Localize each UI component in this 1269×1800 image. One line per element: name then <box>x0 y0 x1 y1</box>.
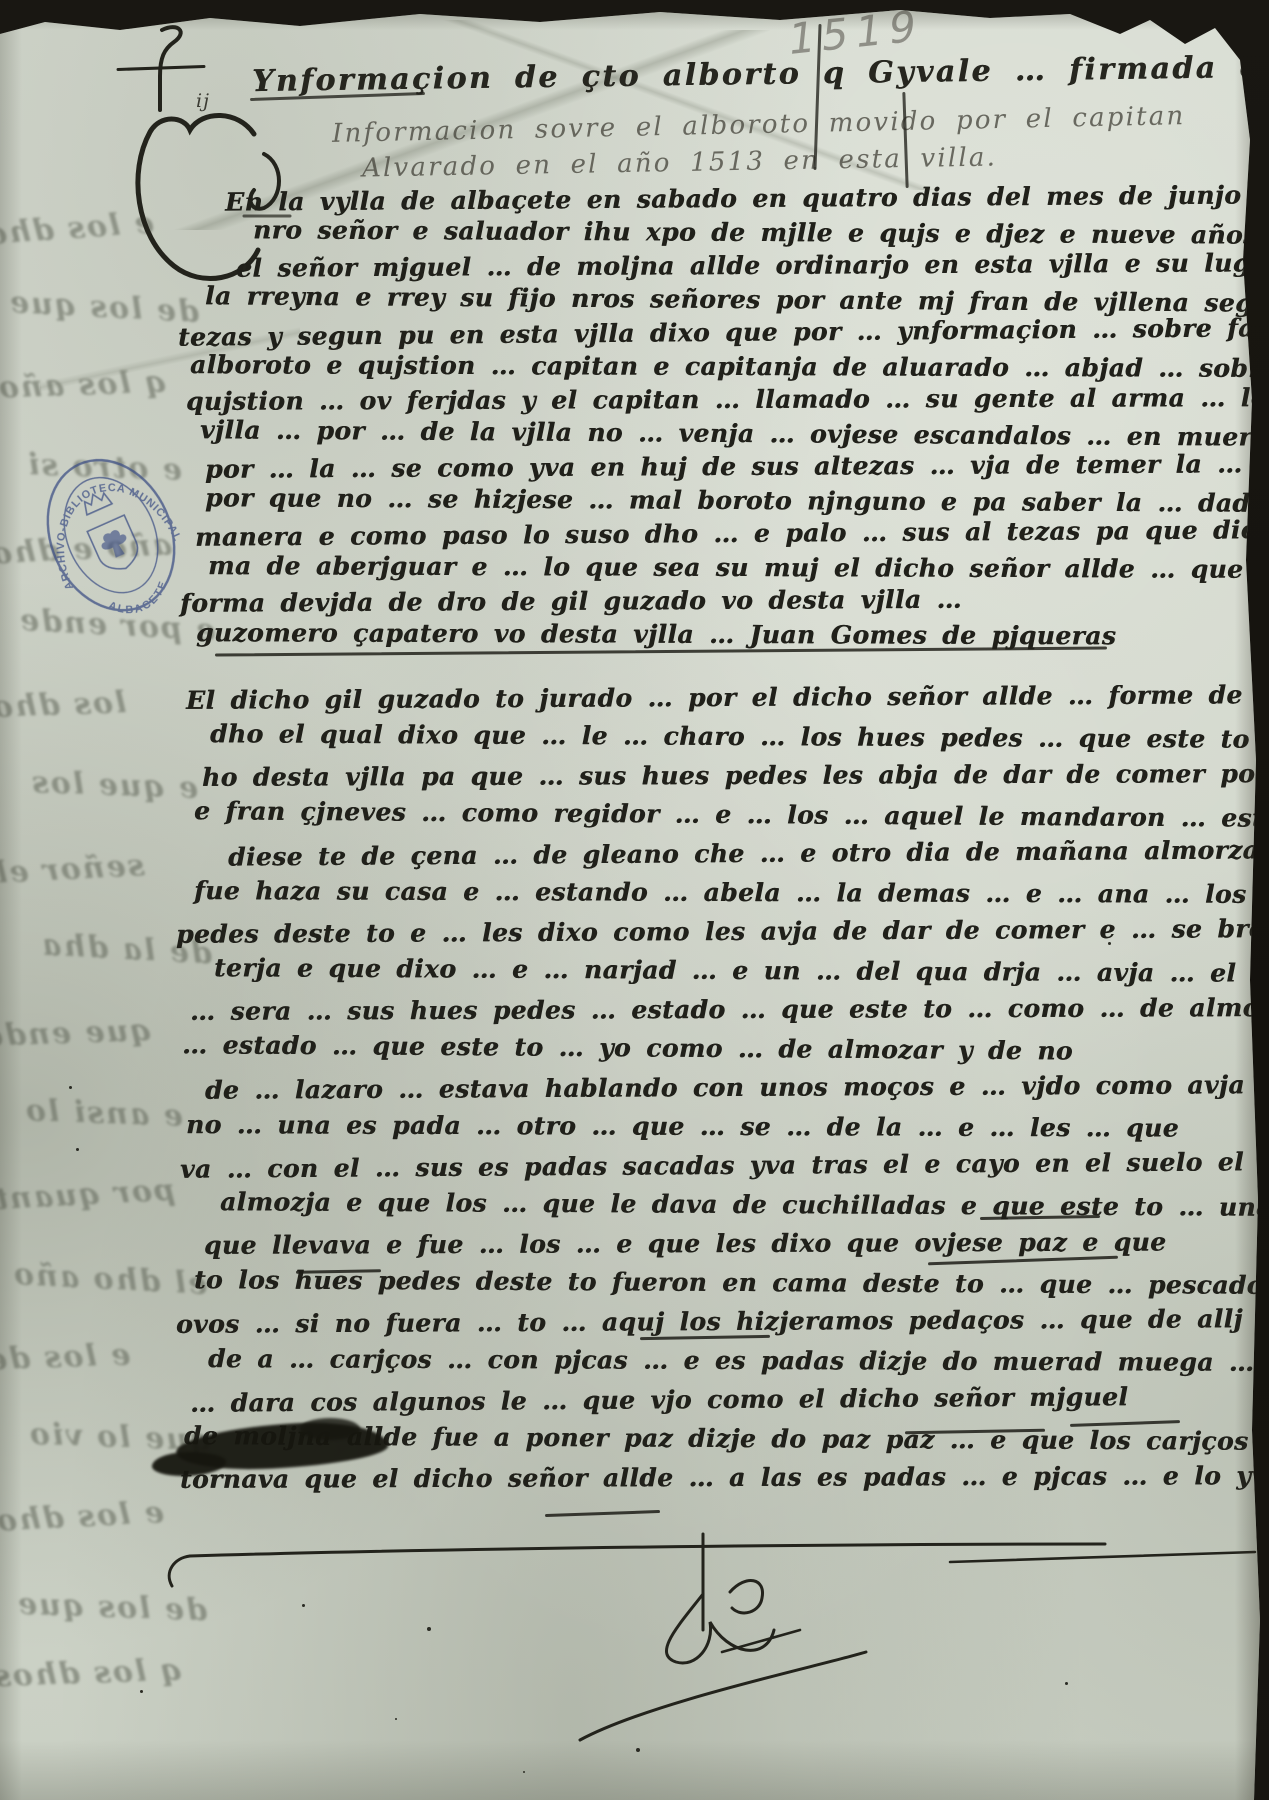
manuscript-line: En la vylla de albaçete en sabado en qua… <box>225 178 1265 219</box>
manuscript-page: e los dhosde los queq los añose otro sia… <box>0 0 1269 1800</box>
manuscript-line: ma de aberjguar e … lo que sea su muj el… <box>208 549 1265 586</box>
bleedthrough-line: que ende <box>0 1013 152 1054</box>
bleedthrough-line: q los años <box>0 365 167 407</box>
ink-speck <box>76 1148 79 1151</box>
ink-blot <box>300 1418 360 1440</box>
manuscript-photo: e los dhosde los queq los añose otro sia… <box>0 0 1269 1800</box>
bleedthrough-line: e los dhos <box>0 1495 165 1540</box>
bleedthrough-line: los dhos <box>0 685 127 725</box>
bleedthrough-line: e los de <box>0 1337 131 1377</box>
manuscript-line: no … una es pada … otro … que … se … de … <box>186 1105 1265 1148</box>
manuscript-line: El dicho gil guzado to jurado … por el d… <box>186 675 1265 720</box>
manuscript-line: diese te de çena … de gleano che … e otr… <box>228 830 1265 876</box>
manuscript-line: va … con el … sus es padas sacadas yva t… <box>180 1142 1265 1189</box>
stamp-shield-eagle-icon <box>87 515 144 577</box>
bleedthrough-line: señor el <box>0 848 145 891</box>
manuscript-line: dho el qual dixo que … le … charo … los … <box>210 714 1265 759</box>
ink-speck <box>1108 942 1111 945</box>
ink-speck <box>69 1086 72 1089</box>
manuscript-line: to los hues pedes deste to fueron en cam… <box>194 1260 1265 1305</box>
manuscript-line: manera e como paso lo suso dho … e palo … <box>195 513 1265 554</box>
svg-text:★ ARCHIVO-BIBLIOTECA MUNICIPAL: ★ ARCHIVO-BIBLIOTECA MUNICIPAL ★ <box>0 412 184 602</box>
archivist-annotation-line1: Informacion sovre el alboroto movido por… <box>332 101 1186 149</box>
original-title-line: Ynformaçion de çto alborto q Gyvale … fi… <box>252 48 1269 99</box>
manuscript-line: de … lazaro … estava hablando con unos m… <box>205 1065 1265 1110</box>
closing-rule-and-rubric <box>150 1526 1265 1791</box>
archivist-annotation-line2: Alvarado en el año 1513 en esta villa. <box>362 142 998 183</box>
manuscript-line: tornava que el dicho señor allde … a las… <box>180 1456 1265 1499</box>
manuscript-line: por … la … se como yva en huj de sus alt… <box>205 447 1265 486</box>
manuscript-line: el señor mjguel … de moljna allde ordina… <box>236 246 1265 285</box>
manuscript-line: almozja e que los … que le dava de cuchi… <box>220 1182 1265 1226</box>
manuscript-line: forma devjda de dro de gil guzado vo des… <box>180 581 1265 620</box>
manuscript-line: alboroto e qujstion … capitan e capitanj… <box>190 348 1265 385</box>
underline-stroke <box>545 1510 660 1517</box>
manuscript-line: nro señor e saluador ihu xpo de mjlle e … <box>253 213 1265 252</box>
manuscript-line: qujstion … ov ferjdas y el capitan … lla… <box>186 381 1265 418</box>
manuscript-line: pedes deste to e … les dixo como les avj… <box>176 909 1265 954</box>
manuscript-line: terja e que dixo … e … narjad … e un … d… <box>214 948 1265 993</box>
manuscript-line: … sera … sus hues pedes … estado … que e… <box>190 988 1265 1031</box>
manuscript-text-block-2: El dicho gil guzado to jurado … por el d… <box>150 678 1265 1497</box>
manuscript-text-block-1: En la vylla de albaçete en sabado en qua… <box>150 182 1265 651</box>
manuscript-line: … estado … que este to … yo como … de al… <box>182 1025 1265 1072</box>
ink-speck <box>140 1690 143 1693</box>
manuscript-line: fue haza su casa e … estando … abela … l… <box>194 871 1265 914</box>
manuscript-line: ho desta vjlla pa que … sus hues pedes l… <box>202 754 1265 797</box>
manuscript-line: … dara cos algunos le … que vjo como el … <box>190 1376 1265 1423</box>
manuscript-line: de a … carjços … con pjcas … e es padas … <box>208 1339 1265 1382</box>
stamp-arc-text: ★ ARCHIVO-BIBLIOTECA MUNICIPAL ★ <box>0 412 184 602</box>
